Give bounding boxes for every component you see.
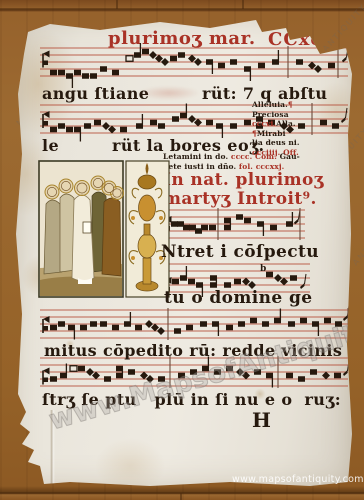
margin-segment: Gau- xyxy=(280,152,300,161)
margin-segment: Alleluia. xyxy=(252,100,288,109)
catchword: H xyxy=(252,408,271,432)
feast-heading-line-1: In nat. plurimoʒ xyxy=(163,170,324,190)
manuscript-page: plurimoʒ mar. CCxciii b angu ſtiane rüt:… xyxy=(10,14,354,488)
margin-segment: Letamini in do. xyxy=(163,152,231,161)
feast-heading-line-2: martyʒ Introit⁹. xyxy=(163,189,317,209)
margin-line-3: cccvi.Alla. xyxy=(252,119,296,129)
staff-1 xyxy=(40,43,348,88)
margin-line-7: Letamini in do. cccc. Com. Gau- xyxy=(163,152,300,162)
margin-segment: Alla. xyxy=(276,119,296,128)
margin-segment: Preciosa xyxy=(252,110,289,119)
lyric-line-3: Ntret i cōſpectu xyxy=(161,242,319,262)
margin-line-4: ¶Mirabi xyxy=(252,129,286,139)
watermark-bottom-url: www.mapsofantiquity.com xyxy=(232,474,364,485)
book xyxy=(83,222,91,233)
margin-line-1: Alleluia.¶ xyxy=(252,100,293,110)
svg-text:b: b xyxy=(260,264,266,274)
photo-of-manuscript: MAPS OF ANTIQUITY MAPS OF ANTIQUITY MAPS… xyxy=(0,0,364,500)
illuminated-miniature xyxy=(38,160,170,300)
margin-line-2: Preciosa xyxy=(252,110,289,120)
staff-3 xyxy=(162,208,305,240)
figure-robe-central xyxy=(72,195,94,281)
floor-plank-joint-2 xyxy=(242,0,244,9)
margin-segment: cccvi. xyxy=(252,119,276,128)
floor-seam-bottom xyxy=(0,492,364,494)
figure-robe-5 xyxy=(102,198,121,276)
floor-plank-joint-1 xyxy=(116,0,118,9)
ink-offset-ghost xyxy=(138,86,200,100)
margin-segment: Mirabi xyxy=(257,129,286,138)
margin-segment: ¶ xyxy=(288,100,293,109)
lyric-line-2-left: le xyxy=(42,136,59,155)
floor-seam-top xyxy=(0,8,364,10)
margin-segment: lia deus ni. xyxy=(252,138,300,147)
margin-line-5: lia deus ni. xyxy=(252,138,300,148)
lyric-line-4: tu o domine ge xyxy=(164,288,312,308)
lyric-line-1-left: angu ſtiane xyxy=(42,84,149,103)
margin-segment: cccc. Com. xyxy=(231,152,280,161)
figure-robe-1 xyxy=(44,200,62,274)
floor-plank-joint-3 xyxy=(180,493,182,500)
